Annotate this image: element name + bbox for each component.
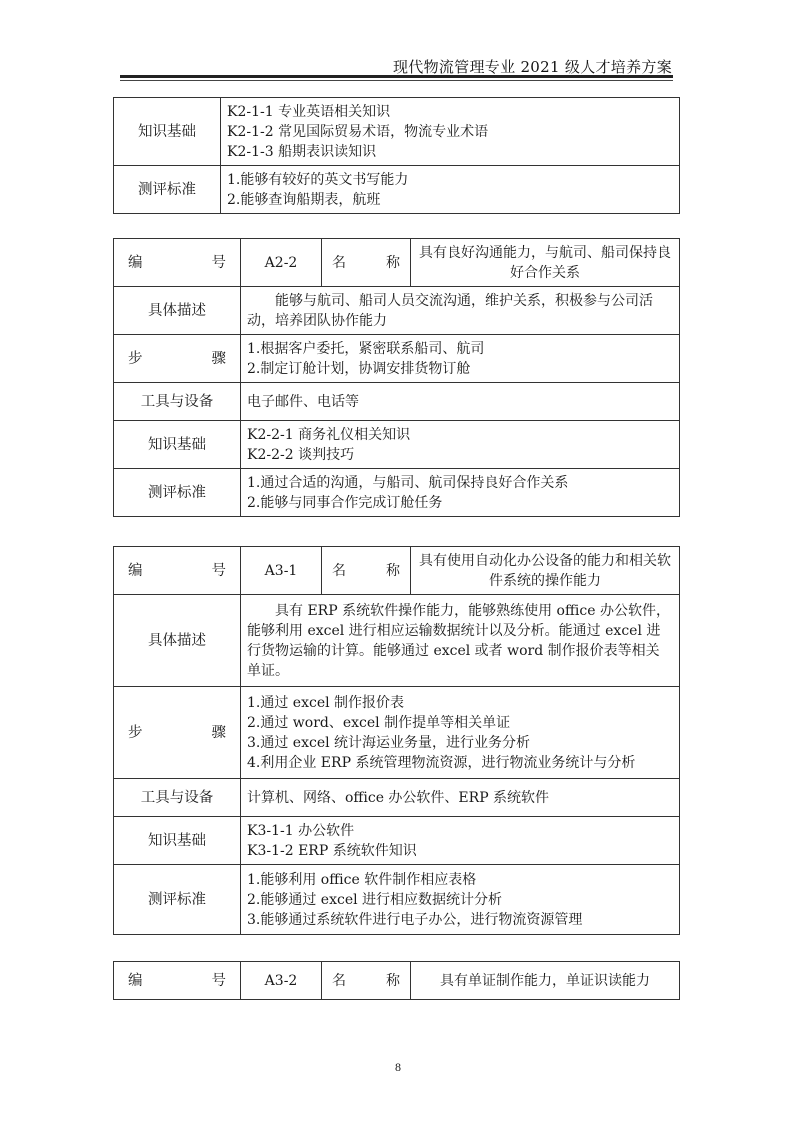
- ability-table-a3-2: 编 号 A3-2 名 称 具有单证制作能力，单证识读能力: [113, 961, 680, 1000]
- knowledge-content: K2-2-1 商务礼仪相关知识 K2-2-2 谈判技巧: [241, 421, 680, 469]
- description-content: 具有 ERP 系统软件操作能力，能够熟练使用 office 办公软件，能够利用 …: [241, 595, 680, 687]
- code-label: 编 号: [114, 962, 241, 1000]
- evaluation-content: 1.能够有较好的英文书写能力 2.能够查询船期表，航班: [221, 166, 680, 214]
- evaluation-item: 3.能够通过系统软件进行电子办公，进行物流资源管理: [247, 910, 673, 930]
- name-label: 名 称: [322, 547, 411, 595]
- header-rule-thin: [120, 80, 673, 81]
- evaluation-content: 1.能够利用 office 软件制作相应表格 2.能够通过 excel 进行相应…: [241, 865, 680, 935]
- document-header-title: 现代物流管理专业 2021 级人才培养方案: [380, 56, 672, 77]
- name-label: 名 称: [322, 239, 411, 287]
- steps-label: 步 骤: [114, 687, 241, 779]
- step-item: 1.根据客户委托，紧密联系船司、航司: [247, 339, 673, 359]
- steps-content: 1.根据客户委托，紧密联系船司、航司 2.制定订舱计划，协调安排货物订舱: [241, 335, 680, 383]
- description-label: 具体描述: [114, 287, 241, 335]
- name-label: 名 称: [322, 962, 411, 1000]
- ability-table-a2-2: 编 号 A2-2 名 称 具有良好沟通能力，与航司、船司保持良好合作关系 具体描…: [113, 238, 680, 517]
- evaluation-content: 1.通过合适的沟通，与船司、航司保持良好合作关系 2.能够与同事合作完成订舱任务: [241, 469, 680, 517]
- evaluation-label: 测评标准: [114, 469, 241, 517]
- evaluation-item: 2.能够查询船期表，航班: [227, 190, 673, 210]
- knowledge-label: 知识基础: [114, 817, 241, 865]
- knowledge-content: K3-1-1 办公软件 K3-1-2 ERP 系统软件知识: [241, 817, 680, 865]
- step-item: 2.制定订舱计划，协调安排货物订舱: [247, 359, 673, 379]
- evaluation-item: 2.能够通过 excel 进行相应数据统计分析: [247, 890, 673, 910]
- evaluation-item: 1.能够利用 office 软件制作相应表格: [247, 870, 673, 890]
- knowledge-item: K2-1-1 专业英语相关知识: [227, 102, 673, 122]
- evaluation-item: 1.能够有较好的英文书写能力: [227, 170, 673, 190]
- knowledge-label: 知识基础: [114, 98, 221, 166]
- header-rule-thick: [120, 75, 673, 78]
- code-label: 编 号: [114, 547, 241, 595]
- code-label: 编 号: [114, 239, 241, 287]
- knowledge-label: 知识基础: [114, 421, 241, 469]
- knowledge-content: K2-1-1 专业英语相关知识 K2-1-2 常见国际贸易术语，物流专业术语 K…: [221, 98, 680, 166]
- tools-label: 工具与设备: [114, 383, 241, 421]
- ability-table-a3-1: 编 号 A3-1 名 称 具有使用自动化办公设备的能力和相关软件系统的操作能力 …: [113, 546, 680, 935]
- description-label: 具体描述: [114, 595, 241, 687]
- evaluation-item: 2.能够与同事合作完成订舱任务: [247, 493, 673, 513]
- ability-name: 具有良好沟通能力，与航司、船司保持良好合作关系: [411, 239, 680, 287]
- description-content: 能够与航司、船司人员交流沟通，维护关系，积极参与公司活动，培养团队协作能力: [241, 287, 680, 335]
- steps-label: 步 骤: [114, 335, 241, 383]
- steps-content: 1.通过 excel 制作报价表 2.通过 word、excel 制作提单等相关…: [241, 687, 680, 779]
- tools-label: 工具与设备: [114, 779, 241, 817]
- knowledge-item: K2-1-2 常见国际贸易术语，物流专业术语: [227, 122, 673, 142]
- knowledge-item: K2-2-1 商务礼仪相关知识: [247, 425, 673, 445]
- knowledge-item: K3-1-1 办公软件: [247, 821, 673, 841]
- step-item: 1.通过 excel 制作报价表: [247, 693, 673, 713]
- ability-code: A3-2: [241, 962, 322, 1000]
- knowledge-item: K3-1-2 ERP 系统软件知识: [247, 841, 673, 861]
- tools-content: 电子邮件、电话等: [241, 383, 680, 421]
- page-number: 8: [390, 1060, 406, 1075]
- ability-code: A2-2: [241, 239, 322, 287]
- step-item: 3.通过 excel 统计海运业务量，进行业务分析: [247, 733, 673, 753]
- step-item: 4.利用企业 ERP 系统管理物流资源，进行物流业务统计与分析: [247, 753, 673, 773]
- knowledge-item: K2-2-2 谈判技巧: [247, 445, 673, 465]
- ability-name: 具有单证制作能力，单证识读能力: [411, 962, 680, 1000]
- ability-table-continued: 知识基础 K2-1-1 专业英语相关知识 K2-1-2 常见国际贸易术语，物流专…: [113, 97, 680, 214]
- evaluation-item: 1.通过合适的沟通，与船司、航司保持良好合作关系: [247, 473, 673, 493]
- evaluation-label: 测评标准: [114, 166, 221, 214]
- knowledge-item: K2-1-3 船期表识读知识: [227, 142, 673, 162]
- evaluation-label: 测评标准: [114, 865, 241, 935]
- step-item: 2.通过 word、excel 制作提单等相关单证: [247, 713, 673, 733]
- ability-code: A3-1: [241, 547, 322, 595]
- tools-content: 计算机、网络、office 办公软件、ERP 系统软件: [241, 779, 680, 817]
- ability-name: 具有使用自动化办公设备的能力和相关软件系统的操作能力: [411, 547, 680, 595]
